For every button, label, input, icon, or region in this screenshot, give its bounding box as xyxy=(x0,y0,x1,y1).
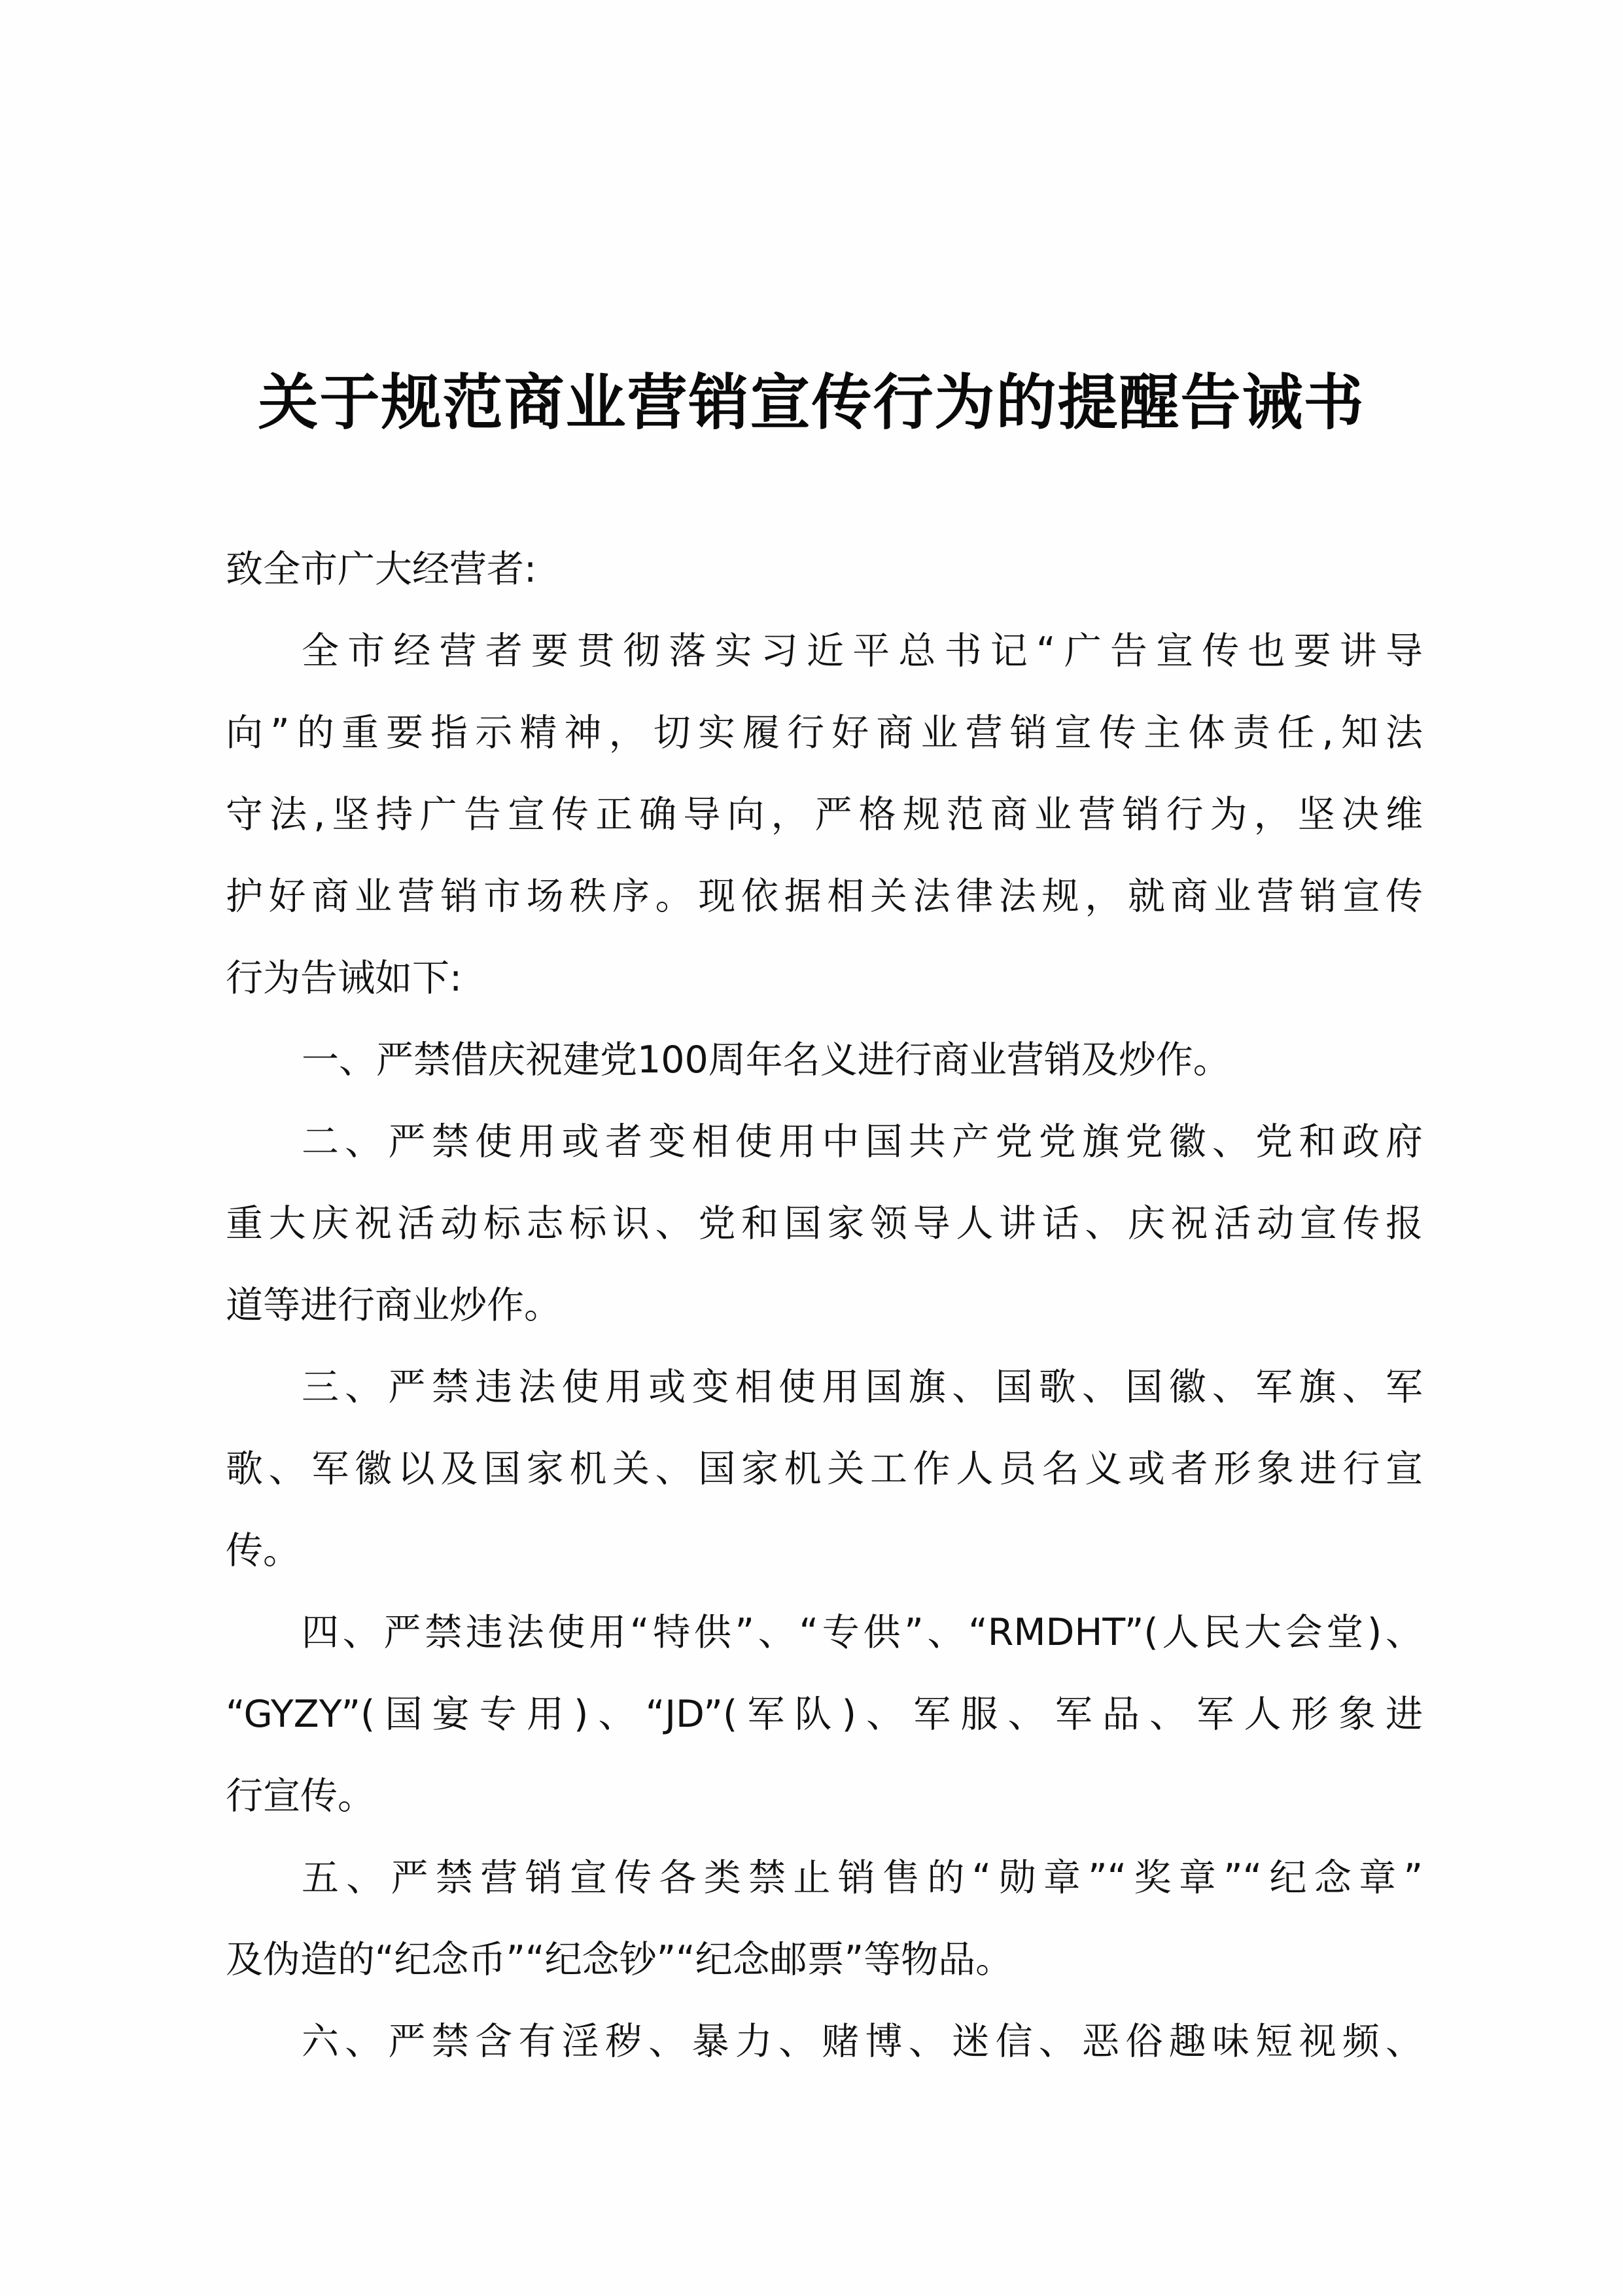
intro-paragraph: 全市经营者要贯彻落实习近平总书记“广告宣传也要讲导 向”的重要指示精神，切实履行… xyxy=(226,610,1423,1019)
document-body: 致全市广大经营者: 全市经营者要贯彻落实习近平总书记“广告宣传也要讲导 向”的重… xyxy=(226,529,1423,2083)
item-3-paragraph: 三、严禁违法使用或变相使用国旗、国歌、国徽、军旗、军 歌、军徽以及国家机关、国家… xyxy=(226,1347,1423,1592)
item-line: 二、严禁使用或者变相使用中国共产党党旗党徽、党和政府 xyxy=(226,1101,1423,1183)
item-line: 歌、军徽以及国家机关、国家机关工作人员名义或者形象进行宣 xyxy=(226,1428,1423,1510)
document-title: 关于规范商业营销宣传行为的提醒告诫书 xyxy=(0,366,1623,438)
item-line: 六、严禁含有淫秽、暴力、赌博、迷信、恶俗趣味短视频、 xyxy=(226,2001,1423,2083)
item-line: 行宣传。 xyxy=(226,1756,1423,1837)
item-line: 及伪造的“纪念币”“纪念钞”“纪念邮票”等物品。 xyxy=(226,1919,1423,2001)
item-line: 三、严禁违法使用或变相使用国旗、国歌、国徽、军旗、军 xyxy=(226,1347,1423,1428)
item-line: 一、严禁借庆祝建党100周年名义进行商业营销及炒作。 xyxy=(226,1019,1423,1101)
item-4-paragraph: 四、严禁违法使用“特供”、“专供”、“RMDHT”(人民大会堂)、 “GYZY”… xyxy=(226,1592,1423,1837)
item-line: 五、严禁营销宣传各类禁止销售的“勋章”“奖章”“纪念章” xyxy=(226,1837,1423,1919)
intro-line: 行为告诫如下: xyxy=(226,938,1423,1019)
item-line: 传。 xyxy=(226,1510,1423,1592)
salutation: 致全市广大经营者: xyxy=(226,529,1423,610)
item-5-paragraph: 五、严禁营销宣传各类禁止销售的“勋章”“奖章”“纪念章” 及伪造的“纪念币”“纪… xyxy=(226,1837,1423,2001)
item-line: 道等进行商业炒作。 xyxy=(226,1265,1423,1347)
item-line: 四、严禁违法使用“特供”、“专供”、“RMDHT”(人民大会堂)、 xyxy=(226,1592,1423,1674)
intro-line: 向”的重要指示精神，切实履行好商业营销宣传主体责任,知法 xyxy=(226,692,1423,774)
item-2-paragraph: 二、严禁使用或者变相使用中国共产党党旗党徽、党和政府 重大庆祝活动标志标识、党和… xyxy=(226,1101,1423,1347)
intro-line: 守法,坚持广告宣传正确导向，严格规范商业营销行为，坚决维 xyxy=(226,774,1423,856)
item-6-paragraph: 六、严禁含有淫秽、暴力、赌博、迷信、恶俗趣味短视频、 xyxy=(226,2001,1423,2083)
intro-line: 全市经营者要贯彻落实习近平总书记“广告宣传也要讲导 xyxy=(226,610,1423,692)
item-line: 重大庆祝活动标志标识、党和国家领导人讲话、庆祝活动宣传报 xyxy=(226,1183,1423,1265)
document-page: 关于规范商业营销宣传行为的提醒告诫书 致全市广大经营者: 全市经营者要贯彻落实习… xyxy=(0,0,1623,2296)
item-1-paragraph: 一、严禁借庆祝建党100周年名义进行商业营销及炒作。 xyxy=(226,1019,1423,1101)
intro-line: 护好商业营销市场秩序。现依据相关法律法规，就商业营销宣传 xyxy=(226,856,1423,938)
item-line: “GYZY”(国宴专用)、“JD”(军队)、军服、军品、军人形象进 xyxy=(226,1674,1423,1756)
